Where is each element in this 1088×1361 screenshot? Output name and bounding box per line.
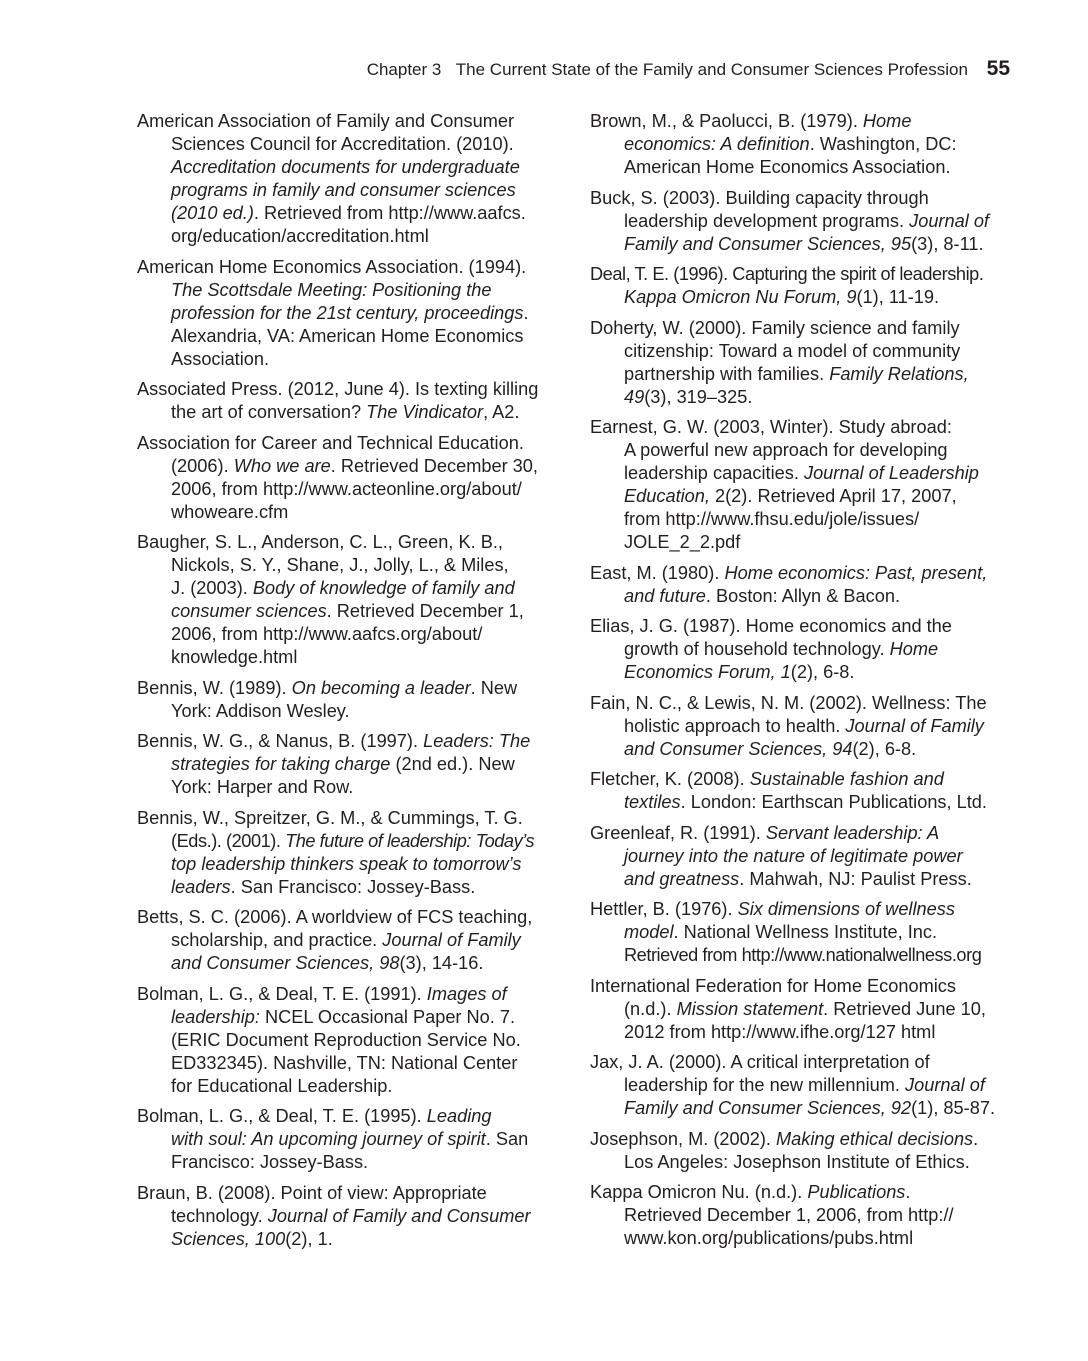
reference-italic-text: Journal of Family [845,716,983,736]
reference-text: . London: Earthscan Publications, Ltd. [681,792,987,812]
reference-line: The Scottsdale Meeting: Positioning the [137,279,577,302]
reference-entry: Kappa Omicron Nu. (n.d.). Publications.R… [590,1181,1030,1250]
reference-text: knowledge.html [171,647,297,667]
reference-entry: Association for Career and Technical Edu… [137,432,577,524]
reference-text: Sciences Council for Accreditation. (201… [171,134,514,154]
reference-text: Associated Press. (2012, June 4). Is tex… [137,379,538,399]
reference-line: (2006). Who we are. Retrieved December 3… [137,455,577,478]
reference-line: York: Harper and Row. [137,776,577,799]
reference-line: partnership with families. Family Relati… [590,363,1030,386]
reference-line: growth of household technology. Home [590,638,1030,661]
reference-italic-text: Kappa Omicron Nu Forum, 9 [624,287,857,307]
reference-line: (n.d.). Mission statement. Retrieved Jun… [590,998,1030,1021]
reference-line: top leadership thinkers speak to tomorro… [137,853,577,876]
reference-text: . Retrieved December 30, [331,456,538,476]
reference-text: whoweare.cfm [171,502,288,522]
reference-text: , A2. [483,402,519,422]
reference-text: org/education/accreditation.html [171,226,429,246]
reference-text: Betts, S. C. (2006). A worldview of FCS … [137,907,532,927]
reference-text: www.kon.org/publications/pubs.html [624,1228,913,1248]
reference-text: leadership capacities. [624,463,804,483]
reference-text: 2(2). Retrieved April 17, 2007, [710,486,957,506]
reference-line: Retrieved from http://www.nationalwellne… [590,944,1030,967]
reference-line: International Federation for Home Econom… [590,975,1030,998]
reference-line: Education, 2(2). Retrieved April 17, 200… [590,485,1030,508]
reference-line: ED332345). Nashville, TN: National Cente… [137,1052,577,1075]
reference-line: www.kon.org/publications/pubs.html [590,1227,1030,1250]
reference-italic-text: Family Relations, [829,364,968,384]
reference-text: (3), 14-16. [399,953,483,973]
reference-italic-text: Journal of [909,211,989,231]
reference-entry: American Home Economics Association. (19… [137,256,577,371]
chapter-title: The Current State of the Family and Cons… [456,60,968,79]
reference-italic-text: with soul: An upcoming journey of spirit [171,1129,486,1149]
reference-italic-text: model [624,922,674,942]
reference-entry: Buck, S. (2003). Building capacity throu… [590,187,1030,256]
reference-italic-text: Journal of Family and Consumer [268,1206,531,1226]
reference-line: Nickols, S. Y., Shane, J., Jolly, L., & … [137,554,577,577]
reference-text: . Boston: Allyn & Bacon. [706,586,900,606]
reference-text: . Retrieved December 1, [327,601,524,621]
chapter-label: Chapter 3 [367,60,442,79]
reference-line: scholarship, and practice. Journal of Fa… [137,929,577,952]
reference-italic-text: Six dimensions of wellness [738,899,955,919]
reference-text: Baugher, S. L., Anderson, C. L., Green, … [137,532,503,552]
reference-italic-text: Mission statement [677,999,824,1019]
reference-line: the art of conversation? The Vindicator,… [137,401,577,424]
reference-text: Earnest, G. W. (2003, Winter). Study abr… [590,417,952,437]
reference-line: Los Angeles: Josephson Institute of Ethi… [590,1151,1030,1174]
reference-line: JOLE_2_2.pdf [590,531,1030,554]
reference-text: Association for Career and Technical Edu… [137,433,524,453]
reference-italic-text: 49 [624,387,644,407]
reference-text: Francisco: Jossey-Bass. [171,1152,368,1172]
reference-line: Economics Forum, 1(2), 6-8. [590,661,1030,684]
reference-line: profession for the 21st century, proceed… [137,302,577,325]
reference-text: partnership with families. [624,364,829,384]
reference-text: (2), 6-8. [852,739,916,759]
reference-line: and Consumer Sciences, 94(2), 6-8. [590,738,1030,761]
reference-italic-text: leaders [171,877,231,897]
reference-text: . Retrieved June 10, [823,999,986,1019]
reference-text: Fain, N. C., & Lewis, N. M. (2002). Well… [590,693,987,713]
reference-line: consumer sciences. Retrieved December 1, [137,600,577,623]
reference-text: Bennis, W., Spreitzer, G. M., & Cummings… [137,808,523,828]
reference-line: citizenship: Toward a model of community [590,340,1030,363]
reference-italic-text: Journal of [905,1075,985,1095]
reference-text: the art of conversation? [171,402,366,422]
reference-italic-text: Body of knowledge of family and [253,578,515,598]
reference-text: ED332345). Nashville, TN: National Cente… [171,1053,517,1073]
reference-text: International Federation for Home Econom… [590,976,956,996]
reference-text: . San Francisco: Jossey-Bass. [231,877,476,897]
reference-text: Braun, B. (2008). Point of view: Appropr… [137,1183,487,1203]
reference-line: leadership capacities. Journal of Leader… [590,462,1030,485]
reference-entry: Doherty, W. (2000). Family science and f… [590,317,1030,409]
reference-italic-text: strategies for taking charge [171,754,390,774]
running-head: Chapter 3 The Current State of the Famil… [367,57,1010,82]
reference-text: Nickols, S. Y., Shane, J., Jolly, L., & … [171,555,509,575]
reference-text: leadership for the new millennium. [624,1075,905,1095]
reference-line: American Association of Family and Consu… [137,110,577,133]
reference-italic-text: textiles [624,792,681,812]
reference-text: (n.d.). [624,999,677,1019]
reference-italic-text: Leaders: The [423,731,530,751]
reference-line: technology. Journal of Family and Consum… [137,1205,577,1228]
reference-line: Family and Consumer Sciences, 95(3), 8-1… [590,233,1030,256]
reference-line: for Educational Leadership. [137,1075,577,1098]
reference-italic-text: consumer sciences [171,601,327,621]
reference-italic-text: and future [624,586,706,606]
reference-italic-text: Images of [427,984,507,1004]
reference-italic-text: top leadership thinkers speak to tomorro… [171,854,521,874]
reference-line: leadership development programs. Journal… [590,210,1030,233]
reference-entry: Associated Press. (2012, June 4). Is tex… [137,378,577,424]
reference-line: Associated Press. (2012, June 4). Is tex… [137,378,577,401]
reference-line: whoweare.cfm [137,501,577,524]
reference-line: Association for Career and Technical Edu… [137,432,577,455]
reference-line: Betts, S. C. (2006). A worldview of FCS … [137,906,577,929]
reference-italic-text: and Consumer Sciences, 94 [624,739,852,759]
reference-italic-text: Economics Forum, 1 [624,662,791,682]
reference-text: Fletcher, K. (2008). [590,769,750,789]
reference-line: (2010 ed.). Retrieved from http://www.aa… [137,202,577,225]
reference-line: 2012 from http://www.ifhe.org/127 html [590,1021,1030,1044]
reference-italic-text: economics: A definition [624,134,810,154]
reference-text: Alexandria, VA: American Home Economics [171,326,523,346]
reference-text: (ERIC Document Reproduction Service No. [171,1030,521,1050]
reference-line: Earnest, G. W. (2003, Winter). Study abr… [590,416,1030,439]
reference-text: . New [471,678,518,698]
reference-line: and greatness. Mahwah, NJ: Paulist Press… [590,868,1030,891]
reference-line: Fletcher, K. (2008). Sustainable fashion… [590,768,1030,791]
reference-line: Retrieved December 1, 2006, from http:// [590,1204,1030,1227]
reference-text: JOLE_2_2.pdf [624,532,740,552]
reference-line: American Home Economics Association. (19… [137,256,577,279]
reference-line: Fain, N. C., & Lewis, N. M. (2002). Well… [590,692,1030,715]
reference-entry: East, M. (1980). Home economics: Past, p… [590,562,1030,608]
reference-line: Bennis, W., Spreitzer, G. M., & Cummings… [137,807,577,830]
reference-line: journey into the nature of legitimate po… [590,845,1030,868]
reference-text: Bennis, W. G., & Nanus, B. (1997). [137,731,423,751]
reference-line: leadership: NCEL Occasional Paper No. 7. [137,1006,577,1029]
reference-text: American Home Economics Association. [624,157,951,177]
reference-text: York: Addison Wesley. [171,701,350,721]
reference-text: Deal, T. E. (1996). Capturing the spirit… [590,264,983,284]
reference-entry: Bennis, W. G., & Nanus, B. (1997). Leade… [137,730,577,799]
reference-entry: Bolman, L. G., & Deal, T. E. (1995). Lea… [137,1105,577,1174]
reference-entry: Josephson, M. (2002). Making ethical dec… [590,1128,1030,1174]
reference-entry: Braun, B. (2008). Point of view: Appropr… [137,1182,577,1251]
reference-text: . Washington, DC: [810,134,957,154]
reference-text: 2006, from http://www.acteonline.org/abo… [171,479,522,499]
reference-entry: Deal, T. E. (1996). Capturing the spirit… [590,263,1030,309]
reference-line: Association. [137,348,577,371]
reference-entry: Betts, S. C. (2006). A worldview of FCS … [137,906,577,975]
reference-text: Josephson, M. (2002). [590,1129,776,1149]
reference-line: Bennis, W. G., & Nanus, B. (1997). Leade… [137,730,577,753]
reference-line: Jax, J. A. (2000). A critical interpreta… [590,1051,1030,1074]
reference-text: (2006). [171,456,234,476]
reference-line: Bennis, W. (1989). On becoming a leader.… [137,677,577,700]
reference-line: economics: A definition. Washington, DC: [590,133,1030,156]
reference-line: programs in family and consumer sciences [137,179,577,202]
reference-line: 2006, from http://www.aafcs.org/about/ [137,623,577,646]
reference-line: Bolman, L. G., & Deal, T. E. (1995). Lea… [137,1105,577,1128]
reference-line: textiles. London: Earthscan Publications… [590,791,1030,814]
reference-text: Brown, M., & Paolucci, B. (1979). [590,111,863,131]
reference-entry: Bolman, L. G., & Deal, T. E. (1991). Ima… [137,983,577,1098]
reference-line: and Consumer Sciences, 98(3), 14-16. [137,952,577,975]
reference-line: Josephson, M. (2002). Making ethical dec… [590,1128,1030,1151]
reference-line: and future. Boston: Allyn & Bacon. [590,585,1030,608]
reference-entry: Baugher, S. L., Anderson, C. L., Green, … [137,531,577,669]
reference-text: Retrieved from http://www.nationalwellne… [624,945,981,965]
reference-italic-text: Journal of Family [382,930,520,950]
reference-line: model. National Wellness Institute, Inc. [590,921,1030,944]
reference-text: (1), 85-87. [911,1098,995,1118]
reference-italic-text: Education, [624,486,710,506]
reference-text: York: Harper and Row. [171,777,353,797]
reference-italic-text: and Consumer Sciences, 98 [171,953,399,973]
reference-line: A powerful new approach for developing [590,439,1030,462]
reference-line: Braun, B. (2008). Point of view: Appropr… [137,1182,577,1205]
reference-italic-text: Home [863,111,912,131]
reference-text: for Educational Leadership. [171,1076,392,1096]
reference-italic-text: and greatness [624,869,739,889]
reference-italic-text: Sciences, 100 [171,1229,285,1249]
reference-line: org/education/accreditation.html [137,225,577,248]
reference-italic-text: Sustainable fashion and [750,769,944,789]
reference-entry: Elias, J. G. (1987). Home economics and … [590,615,1030,684]
reference-line: Bolman, L. G., & Deal, T. E. (1991). Ima… [137,983,577,1006]
reference-line: from http://www.fhsu.edu/jole/issues/ [590,508,1030,531]
reference-italic-text: Family and Consumer Sciences, 92 [624,1098,911,1118]
reference-line: York: Addison Wesley. [137,700,577,723]
reference-entry: International Federation for Home Econom… [590,975,1030,1044]
reference-italic-text: The future of leadership: Today’s [285,831,534,851]
reference-line: Alexandria, VA: American Home Economics [137,325,577,348]
reference-line: Family and Consumer Sciences, 92(1), 85-… [590,1097,1030,1120]
reference-entry: Greenleaf, R. (1991). Servant leadership… [590,822,1030,891]
reference-text: (3), 319–325. [644,387,752,407]
reference-text: Greenleaf, R. (1991). [590,823,766,843]
reference-italic-text: On becoming a leader [292,678,471,698]
reference-text: Hettler, B. (1976). [590,899,738,919]
reference-text: . Mahwah, NJ: Paulist Press. [739,869,971,889]
reference-italic-text: The Vindicator [366,402,483,422]
reference-italic-text: leadership: [171,1007,260,1027]
reference-line: strategies for taking charge (2nd ed.). … [137,753,577,776]
reference-text: Jax, J. A. (2000). A critical interpreta… [590,1052,930,1072]
reference-entry: Bennis, W. (1989). On becoming a leader.… [137,677,577,723]
reference-text: (2), 6-8. [791,662,855,682]
reference-line: holistic approach to health. Journal of … [590,715,1030,738]
reference-text: . [524,303,529,323]
reference-line: (Eds.). (2001). The future of leadership… [137,830,577,853]
reference-text: growth of household technology. [624,639,890,659]
reference-text: . Retrieved from http://www.aafcs. [254,203,526,223]
reference-italic-text: Family and Consumer Sciences, 95 [624,234,911,254]
reference-entry: Hettler, B. (1976). Six dimensions of we… [590,898,1030,967]
reference-column-left: American Association of Family and Consu… [137,110,577,1258]
reference-text: A powerful new approach for developing [624,440,948,460]
reference-text: Association. [171,349,269,369]
reference-column-right: Brown, M., & Paolucci, B. (1979). Homeec… [590,110,1030,1258]
reference-text: (2nd ed.). New [390,754,514,774]
reference-line: American Home Economics Association. [590,156,1030,179]
reference-italic-text: Leading [427,1106,492,1126]
reference-text: Los Angeles: Josephson Institute of Ethi… [624,1152,970,1172]
reference-line: Sciences Council for Accreditation. (201… [137,133,577,156]
reference-line: J. (2003). Body of knowledge of family a… [137,577,577,600]
reference-text: J. (2003). [171,578,253,598]
reference-entry: Bennis, W., Spreitzer, G. M., & Cummings… [137,807,577,899]
reference-text: Elias, J. G. (1987). Home economics and … [590,616,952,636]
reference-italic-text: programs in family and consumer sciences [171,180,516,200]
reference-line: Francisco: Jossey-Bass. [137,1151,577,1174]
reference-text: East, M. (1980). [590,563,724,583]
reference-text: American Association of Family and Consu… [137,111,514,131]
reference-text: Retrieved December 1, 2006, from http:// [624,1205,954,1225]
reference-line: Baugher, S. L., Anderson, C. L., Green, … [137,531,577,554]
reference-text: Doherty, W. (2000). Family science and f… [590,318,960,338]
reference-italic-text: Publications [807,1182,905,1202]
reference-entry: Brown, M., & Paolucci, B. (1979). Homeec… [590,110,1030,179]
reference-line: Deal, T. E. (1996). Capturing the spirit… [590,263,1030,286]
reference-line: Buck, S. (2003). Building capacity throu… [590,187,1030,210]
reference-text: citizenship: Toward a model of community [624,341,960,361]
reference-text: Bolman, L. G., & Deal, T. E. (1991). [137,984,427,1004]
reference-text: from http://www.fhsu.edu/jole/issues/ [624,509,919,529]
reference-text: (Eds.). (2001). [171,831,285,851]
reference-italic-text: Servant leadership: A [766,823,939,843]
reference-line: leaders. San Francisco: Jossey-Bass. [137,876,577,899]
reference-line: Accreditation documents for undergraduat… [137,156,577,179]
reference-italic-text: The Scottsdale Meeting: Positioning the [171,280,492,300]
reference-line: East, M. (1980). Home economics: Past, p… [590,562,1030,585]
reference-line: Hettler, B. (1976). Six dimensions of we… [590,898,1030,921]
page-number: 55 [987,57,1010,80]
reference-italic-text: Journal of Leadership [804,463,979,483]
reference-line: Greenleaf, R. (1991). Servant leadership… [590,822,1030,845]
reference-text: Bennis, W. (1989). [137,678,292,698]
reference-line: 49(3), 319–325. [590,386,1030,409]
reference-line: Elias, J. G. (1987). Home economics and … [590,615,1030,638]
reference-text: Buck, S. (2003). Building capacity throu… [590,188,929,208]
reference-text: . [905,1182,910,1202]
reference-entry: Fletcher, K. (2008). Sustainable fashion… [590,768,1030,814]
reference-italic-text: Making ethical decisions [776,1129,973,1149]
reference-text: . San [486,1129,528,1149]
reference-line: with soul: An upcoming journey of spirit… [137,1128,577,1151]
reference-text: Bolman, L. G., & Deal, T. E. (1995). [137,1106,427,1126]
reference-italic-text: Accreditation documents for undergraduat… [171,157,520,177]
reference-line: (ERIC Document Reproduction Service No. [137,1029,577,1052]
reference-italic-text: Home [890,639,939,659]
reference-entry: American Association of Family and Consu… [137,110,577,248]
reference-text: holistic approach to health. [624,716,845,736]
reference-italic-text: profession for the 21st century, proceed… [171,303,524,323]
reference-line: Sciences, 100(2), 1. [137,1228,577,1251]
reference-entry: Jax, J. A. (2000). A critical interpreta… [590,1051,1030,1120]
reference-text: (1), 11-19. [857,287,940,307]
reference-entry: Fain, N. C., & Lewis, N. M. (2002). Well… [590,692,1030,761]
reference-text: American Home Economics Association. (19… [137,257,526,277]
reference-line: knowledge.html [137,646,577,669]
reference-italic-text: journey into the nature of legitimate po… [624,846,963,866]
reference-text: . [973,1129,978,1149]
reference-line: Kappa Omicron Nu. (n.d.). Publications. [590,1181,1030,1204]
reference-text: leadership development programs. [624,211,909,231]
reference-text: scholarship, and practice. [171,930,382,950]
reference-text: . National Wellness Institute, Inc. [674,922,938,942]
reference-text: (2), 1. [285,1229,333,1249]
reference-italic-text: Home economics: Past, present, [724,563,987,583]
reference-line: Doherty, W. (2000). Family science and f… [590,317,1030,340]
reference-line: Brown, M., & Paolucci, B. (1979). Home [590,110,1030,133]
reference-text: NCEL Occasional Paper No. 7. [260,1007,515,1027]
reference-line: Kappa Omicron Nu Forum, 9(1), 11-19. [590,286,1030,309]
reference-text: technology. [171,1206,268,1226]
reference-text: Kappa Omicron Nu. (n.d.). [590,1182,807,1202]
reference-line: leadership for the new millennium. Journ… [590,1074,1030,1097]
reference-text: 2012 from http://www.ifhe.org/127 html [624,1022,935,1042]
reference-text: 2006, from http://www.aafcs.org/about/ [171,624,482,644]
reference-line: 2006, from http://www.acteonline.org/abo… [137,478,577,501]
reference-italic-text: Who we are [234,456,331,476]
reference-entry: Earnest, G. W. (2003, Winter). Study abr… [590,416,1030,554]
reference-italic-text: (2010 ed.) [171,203,254,223]
reference-text: (3), 8-11. [911,234,983,254]
